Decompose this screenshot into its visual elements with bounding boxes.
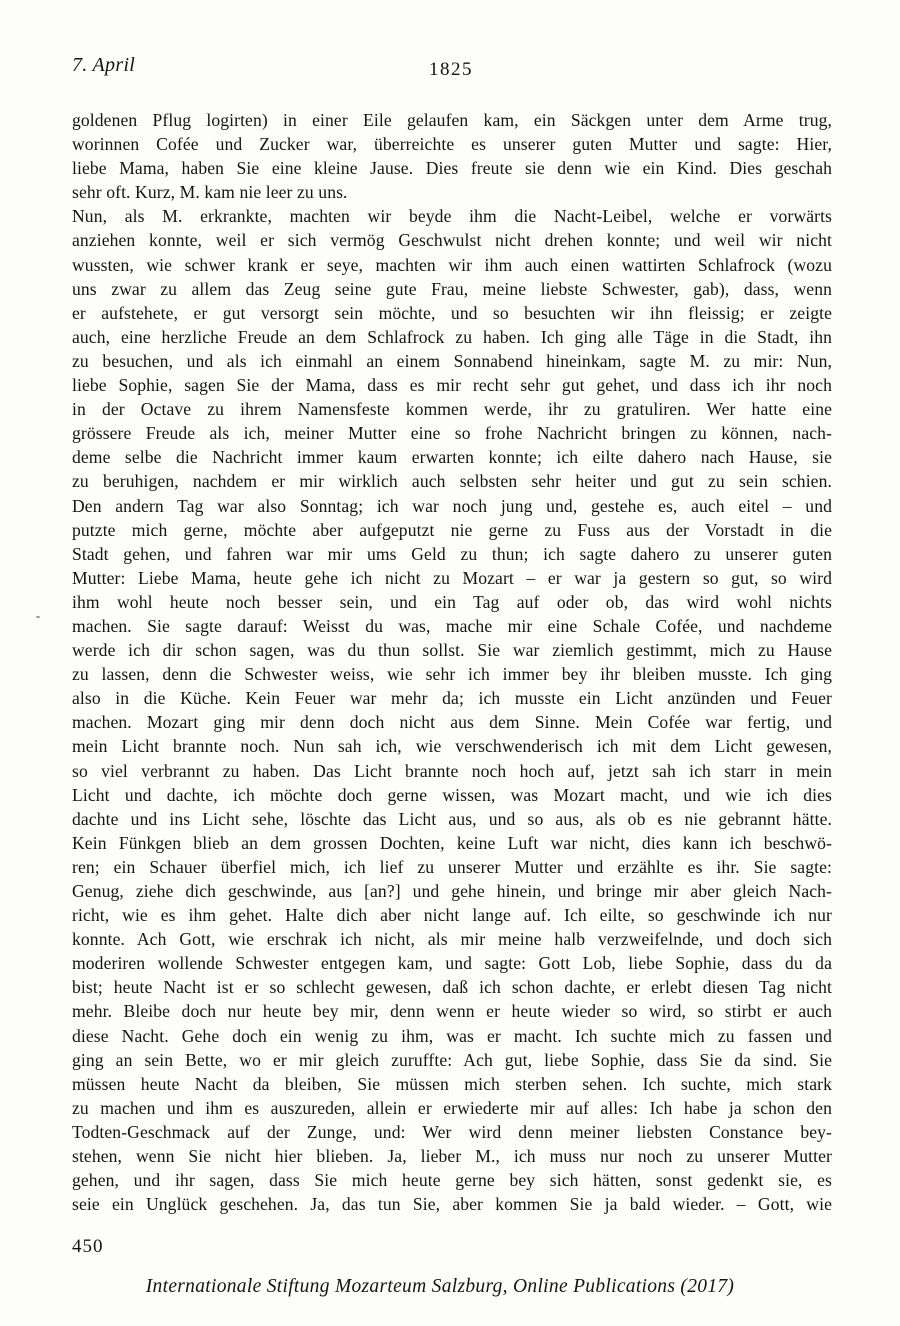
text-line: dachte und ins Licht sehe, löschte das L… [72, 807, 832, 831]
text-line: moderiren wollende Schwester entgegen ka… [72, 951, 832, 975]
text-line: machen. Sie sagte darauf: Weisst du was,… [72, 614, 832, 638]
text-line: liebe Mama, haben Sie eine kleine Jause.… [72, 156, 832, 180]
text-line: stehen, wenn Sie nicht hier blieben. Ja,… [72, 1144, 832, 1168]
text-line: müssen heute Nacht da bleiben, Sie müsse… [72, 1072, 832, 1096]
text-line: mein Licht brannte noch. Nun sah ich, wi… [72, 734, 832, 758]
text-line: zu machen und ihm es auszureden, allein … [72, 1096, 832, 1120]
paragraph: Den andern Tag war also Sonntag; ich war… [72, 494, 832, 1217]
text-line: auch, eine herzliche Freude an dem Schla… [72, 325, 832, 349]
text-line: goldenen Pflug logirten) in einer Eile g… [72, 108, 832, 132]
text-line: richt, wie es ihm gehet. Halte dich aber… [72, 903, 832, 927]
text-line: Den andern Tag war also Sonntag; ich war… [72, 494, 832, 518]
text-line: zu lassen, denn die Schwester weiss, wie… [72, 662, 832, 686]
text-line: er aufstehete, er gut versorgt sein möch… [72, 301, 832, 325]
publisher-credit: Internationale Stiftung Mozarteum Salzbu… [0, 1276, 880, 1298]
scan-speck [36, 616, 40, 618]
text-line: ging an sein Bette, wo er mir gleich zur… [72, 1048, 832, 1072]
text-line: uns zwar zu allem das Zeug seine gute Fr… [72, 277, 832, 301]
text-line: Nun, als M. erkrankte, machten wir beyde… [72, 204, 832, 228]
text-line: zu besuchen, und als ich einmahl an eine… [72, 349, 832, 373]
text-line: zu beruhigen, nachdem er mir wirklich au… [72, 469, 832, 493]
page-header: 7. April 1825 [72, 54, 830, 84]
text-line: putzte mich gerne, möchte aber aufgeputz… [72, 518, 832, 542]
text-line: in der Octave zu ihrem Namensfeste komme… [72, 397, 832, 421]
text-line: ren; ein Schauer überfiel mich, ich lief… [72, 855, 832, 879]
text-line: mehr. Bleibe doch nur heute bey mir, den… [72, 999, 832, 1023]
text-line: Mutter: Liebe Mama, heute gehe ich nicht… [72, 566, 832, 590]
text-line: liebe Sophie, sagen Sie der Mama, dass e… [72, 373, 832, 397]
text-line: grössere Freude als ich, meiner Mutter e… [72, 421, 832, 445]
text-line: so viel verbrannt zu haben. Das Licht br… [72, 759, 832, 783]
paragraph: Nun, als M. erkrankte, machten wir beyde… [72, 204, 832, 493]
book-page: 7. April 1825 goldenen Pflug logirten) i… [0, 0, 900, 1326]
text-line: gehen, und ihr sagen, dass Sie mich heut… [72, 1168, 832, 1192]
text-line: diese Nacht. Gehe doch ein wenig zu ihm,… [72, 1024, 832, 1048]
header-year: 1825 [72, 59, 830, 81]
text-line: konnte. Ach Gott, wie erschrak ich nicht… [72, 927, 832, 951]
body-text: goldenen Pflug logirten) in einer Eile g… [72, 108, 832, 1216]
text-line: Genug, ziehe dich geschwinde, aus [an?] … [72, 879, 832, 903]
text-line: werde ich dir schon sagen, was du thun s… [72, 638, 832, 662]
text-line: deme selbe die Nachricht immer kaum erwa… [72, 445, 832, 469]
text-line: bist; heute Nacht ist er so schlecht gew… [72, 975, 832, 999]
text-line: anziehen konnte, weil er sich vermög Ges… [72, 228, 832, 252]
text-line: seie ein Unglück geschehen. Ja, das tun … [72, 1192, 832, 1216]
text-line: wussten, wie schwer krank er seye, macht… [72, 253, 832, 277]
paragraph: goldenen Pflug logirten) in einer Eile g… [72, 108, 832, 204]
text-line: also in die Küche. Kein Feuer war mehr d… [72, 686, 832, 710]
text-line: Kein Fünkgen blieb an dem grossen Dochte… [72, 831, 832, 855]
text-line: machen. Mozart ging mir denn doch nicht … [72, 710, 832, 734]
text-line: sehr oft. Kurz, M. kam nie leer zu uns. [72, 180, 832, 204]
text-line: Licht und dachte, ich möchte doch gerne … [72, 783, 832, 807]
page-number: 450 [72, 1236, 104, 1258]
text-line: ihm wohl heute noch besser sein, und ein… [72, 590, 832, 614]
text-line: Stadt gehen, und fahren war mir ums Geld… [72, 542, 832, 566]
text-line: worinnen Cofée und Zucker war, überreich… [72, 132, 832, 156]
text-line: Todten-Geschmack auf der Zunge, und: Wer… [72, 1120, 832, 1144]
